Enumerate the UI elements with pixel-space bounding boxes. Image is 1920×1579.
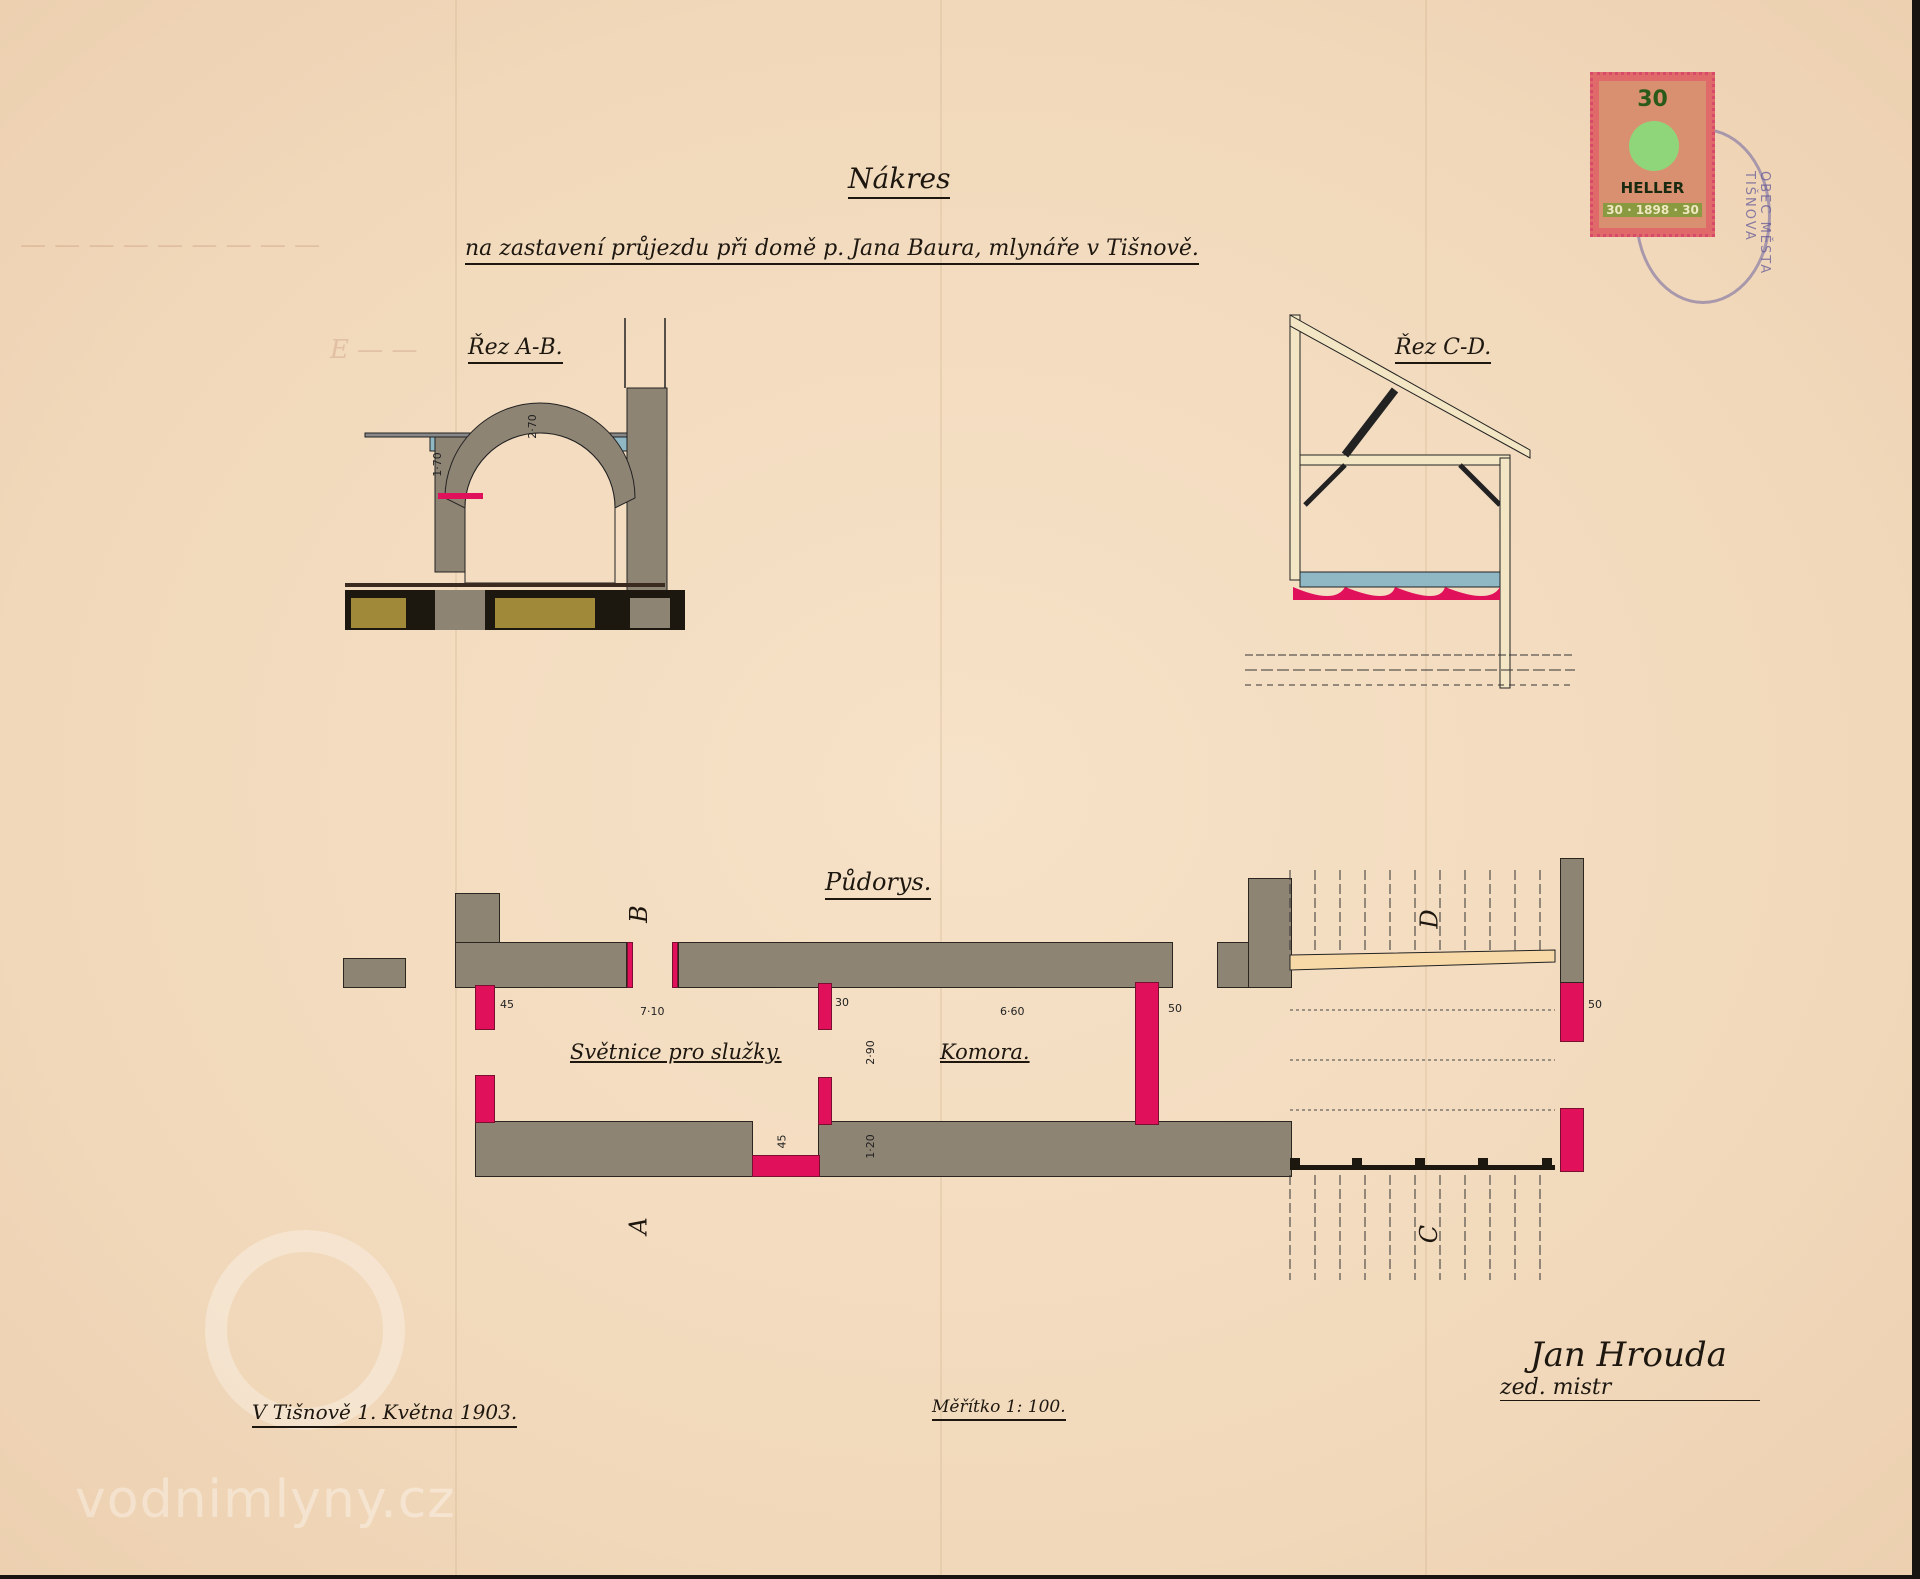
dim-50: 50 [1588, 998, 1602, 1011]
stamp-unit: HELLER [1599, 179, 1706, 197]
room-label-storage: Komora. [940, 1040, 1030, 1064]
plan-wall [455, 942, 627, 988]
signature-name: Jan Hrouda [1530, 1335, 1727, 1375]
section-marker-d: D [1416, 909, 1444, 928]
drawing-scale: Měřítko 1: 100. [932, 1397, 1066, 1421]
plan-label: Půdorys. [825, 868, 931, 900]
new-wall [672, 942, 678, 988]
plan-wall [343, 958, 406, 988]
dim-room-width: 7·10 [640, 1005, 665, 1018]
new-wall [475, 1075, 495, 1123]
new-wall [818, 983, 832, 1030]
new-wall [627, 942, 633, 988]
dim-room-depth: 2·90 [864, 1040, 877, 1065]
show-through-text: — — — — — — — — — [20, 230, 320, 260]
place-date: V Tišnově 1. Května 1903. [252, 1400, 517, 1428]
new-wall [1135, 982, 1159, 1125]
stamp-portrait-icon [1629, 121, 1679, 171]
stamp-value: 30 [1599, 87, 1706, 112]
section-cd-drawing [1245, 310, 1585, 690]
watermark-text: vodnimlyny.cz [75, 1470, 456, 1530]
section-marker-b: B [625, 905, 653, 923]
plan-wall [818, 1121, 1292, 1177]
timber-bay-plan [1270, 870, 1570, 1280]
fold-line [455, 0, 457, 1575]
section-marker-c: C [1415, 1225, 1443, 1243]
dim-30: 30 [835, 996, 849, 1009]
stamp-band: 30 · 1898 · 30 [1603, 203, 1702, 217]
plan-wall [678, 942, 1173, 988]
drawing-sheet: — — — — — — — — — E — — Nákres na zastav… [0, 0, 1912, 1575]
drawing-title: Nákres [848, 162, 950, 199]
signature-title: zed. mistr [1500, 1375, 1760, 1401]
dim-room-width: 6·60 [1000, 1005, 1025, 1018]
room-label-servants: Světnice pro služky. [570, 1040, 782, 1064]
revenue-stamp: 30 HELLER 30 · 1898 · 30 [1590, 72, 1715, 237]
new-wall [752, 1155, 820, 1177]
plan-wall [475, 1121, 753, 1177]
dim-door-height: 1·70 [431, 452, 444, 477]
section-ab-drawing [345, 318, 735, 638]
dim-45: 45 [776, 1135, 789, 1149]
new-wall [818, 1077, 832, 1125]
new-wall [475, 985, 495, 1030]
dim-wall-thickness: 1·20 [864, 1134, 877, 1159]
section-marker-a: A [625, 1217, 653, 1234]
dim-arch-height: 2·70 [526, 414, 539, 439]
dim-50: 50 [1168, 1002, 1182, 1015]
dim-45: 45 [500, 998, 514, 1011]
drawing-subtitle: na zastavení průjezdu při domě p. Jana B… [465, 236, 1199, 265]
fold-line [1425, 0, 1427, 1575]
